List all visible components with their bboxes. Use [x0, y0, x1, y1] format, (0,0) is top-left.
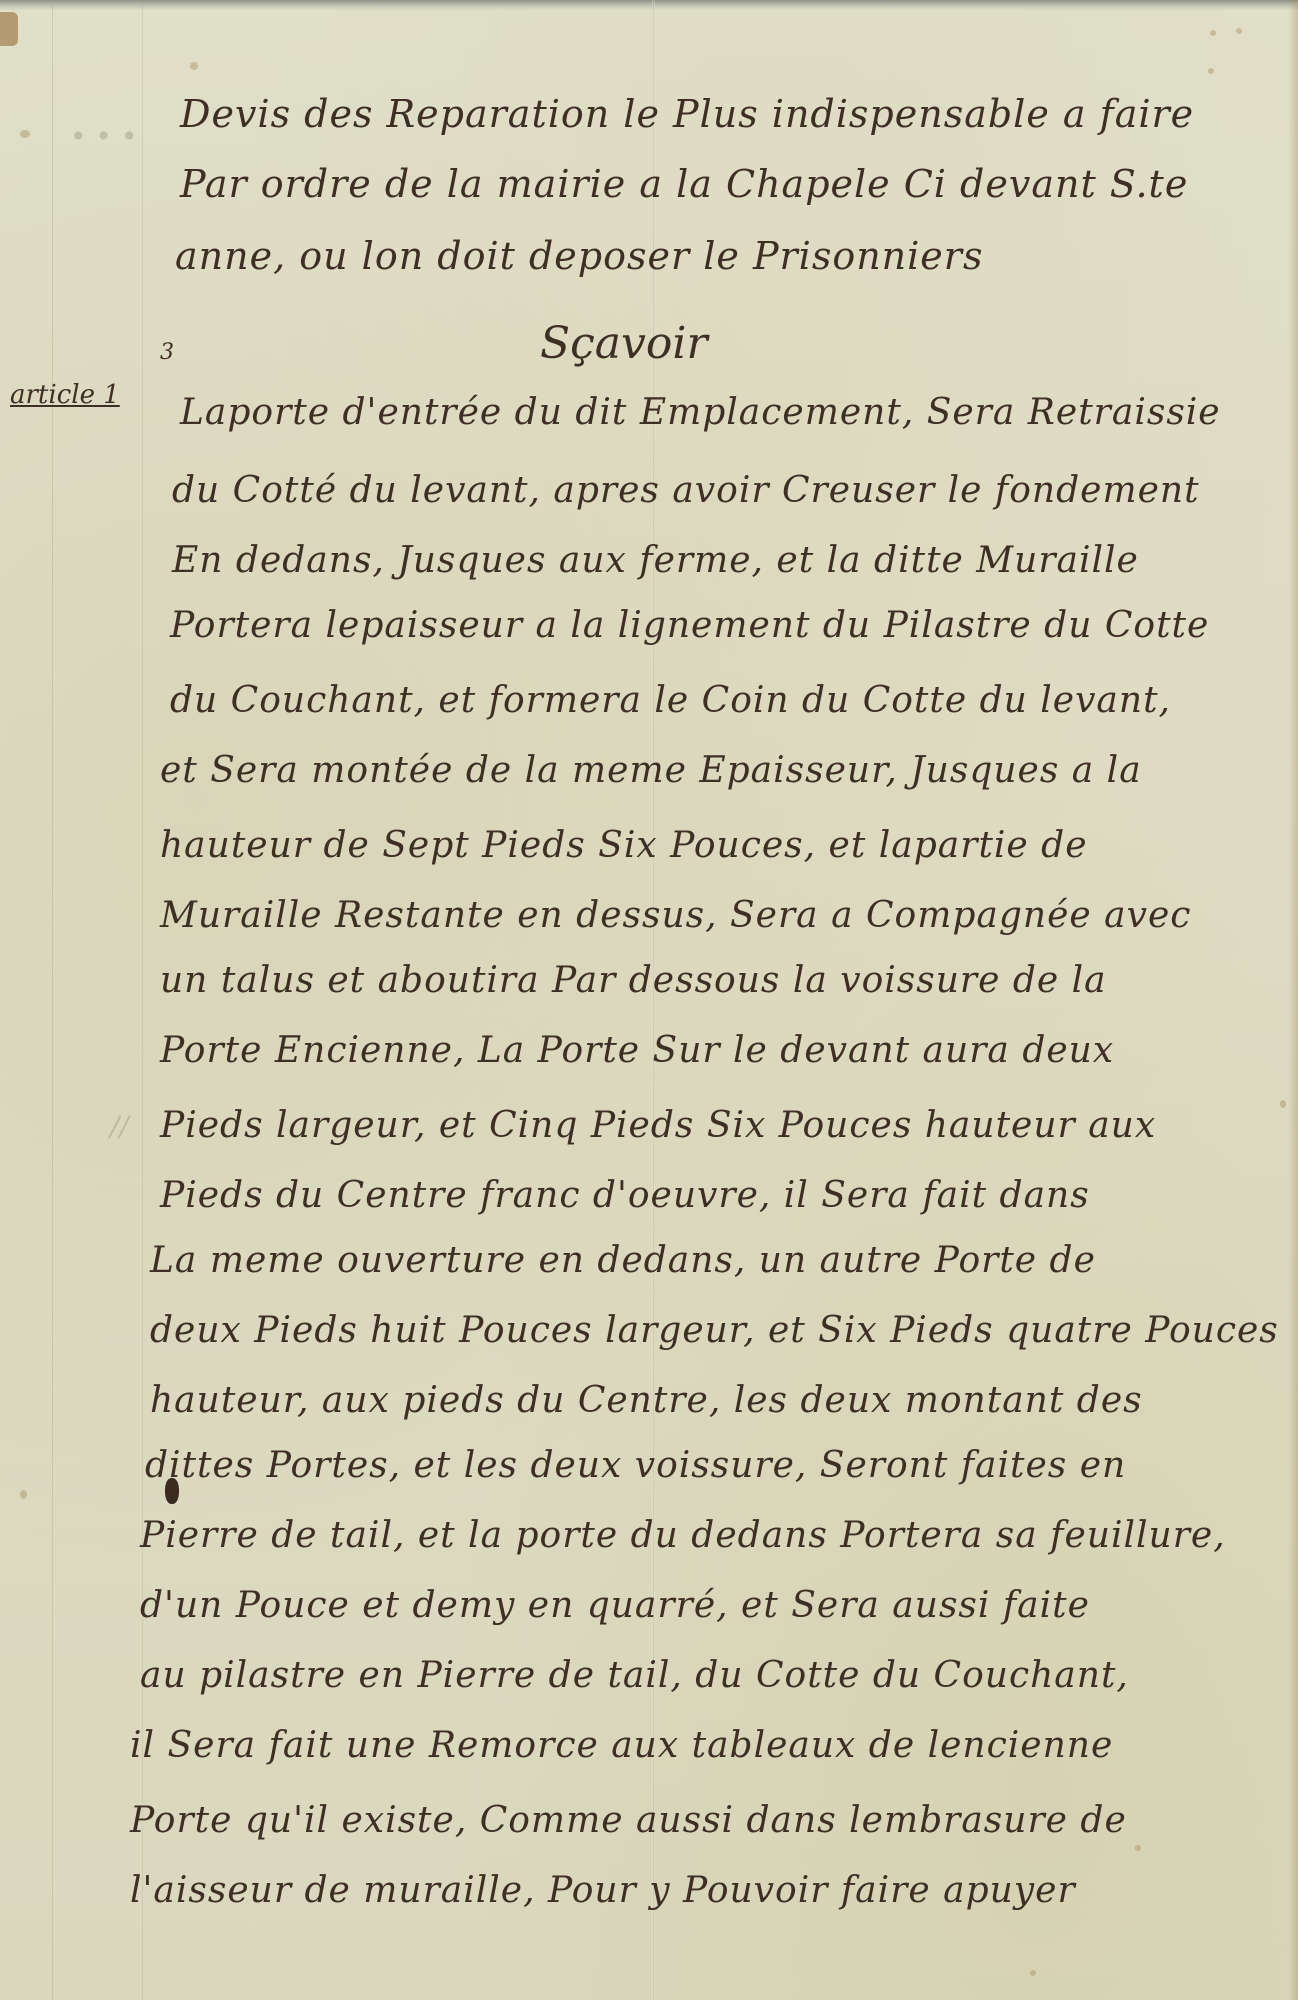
- body-line: l'aisseur de muraille, Pour y Pouvoir fa…: [130, 1870, 1076, 1911]
- body-line: Pieds du Centre franc d'oeuvre, il Sera …: [160, 1175, 1090, 1216]
- foxing-spot: [1208, 68, 1214, 74]
- margin-note-article: article 1: [10, 380, 120, 410]
- body-line: d'un Pouce et demy en quarré, et Sera au…: [140, 1585, 1090, 1626]
- folio-number: 3: [160, 340, 174, 365]
- body-line: un talus et aboutira Par dessous la vois…: [160, 960, 1107, 1001]
- body-line: hauteur, aux pieds du Centre, les deux m…: [150, 1380, 1143, 1421]
- page-right-edge: [1288, 0, 1298, 2000]
- body-line: Porte Encienne, La Porte Sur le devant a…: [160, 1030, 1114, 1071]
- foxing-spot: [20, 1490, 27, 1499]
- body-line: hauteur de Sept Pieds Six Pouces, et lap…: [160, 825, 1088, 866]
- body-line: Porte qu'il existe, Comme aussi dans lem…: [130, 1800, 1127, 1841]
- body-line: au pilastre en Pierre de tail, du Cotte …: [140, 1655, 1129, 1696]
- foxing-spot: [1280, 1100, 1286, 1108]
- section-heading: Sçavoir: [540, 318, 707, 369]
- body-line: du Couchant, et formera le Coin du Cotte…: [170, 680, 1171, 721]
- body-line: il Sera fait une Remorce aux tableaux de…: [130, 1725, 1113, 1766]
- page-top-edge: [0, 0, 1298, 10]
- margin-crease-inner: [142, 0, 143, 2000]
- manuscript-page: • • • // Devis des Reparation le Plus in…: [0, 0, 1298, 2000]
- body-line: dittes Portes, et les deux voissure, Ser…: [145, 1445, 1126, 1486]
- torn-corner: [0, 12, 18, 46]
- body-line: La meme ouverture en dedans, un autre Po…: [150, 1240, 1096, 1281]
- bleed-through-text: • • •: [70, 120, 137, 153]
- foxing-spot: [190, 62, 198, 70]
- foxing-spot: [1236, 28, 1242, 34]
- foxing-spot: [20, 130, 30, 138]
- foxing-spot: [1030, 1970, 1036, 1976]
- title-line-2: Par ordre de la mairie a la Chapele Ci d…: [180, 162, 1188, 206]
- body-line: Laporte d'entrée du dit Emplacement, Ser…: [180, 392, 1221, 433]
- bleed-through-text: //: [110, 1110, 129, 1143]
- title-line-3: anne, ou lon doit deposer le Prisonniers: [175, 234, 983, 278]
- body-line: Portera lepaisseur a la lignement du Pil…: [170, 605, 1209, 646]
- title-line-1: Devis des Reparation le Plus indispensab…: [180, 92, 1194, 136]
- body-line: et Sera montée de la meme Epaisseur, Jus…: [160, 750, 1142, 791]
- body-line: En dedans, Jusques aux ferme, et la ditt…: [172, 540, 1139, 581]
- body-line: deux Pieds huit Pouces largeur, et Six P…: [150, 1310, 1279, 1351]
- body-line: Pieds largeur, et Cinq Pieds Six Pouces …: [160, 1105, 1156, 1146]
- body-line: Pierre de tail, et la porte du dedans Po…: [140, 1515, 1226, 1556]
- body-line: Muraille Restante en dessus, Sera a Comp…: [160, 895, 1191, 936]
- body-line: du Cotté du levant, apres avoir Creuser …: [172, 470, 1200, 511]
- foxing-spot: [1210, 30, 1216, 36]
- foxing-spot: [1135, 1845, 1141, 1851]
- margin-crease: [52, 0, 53, 2000]
